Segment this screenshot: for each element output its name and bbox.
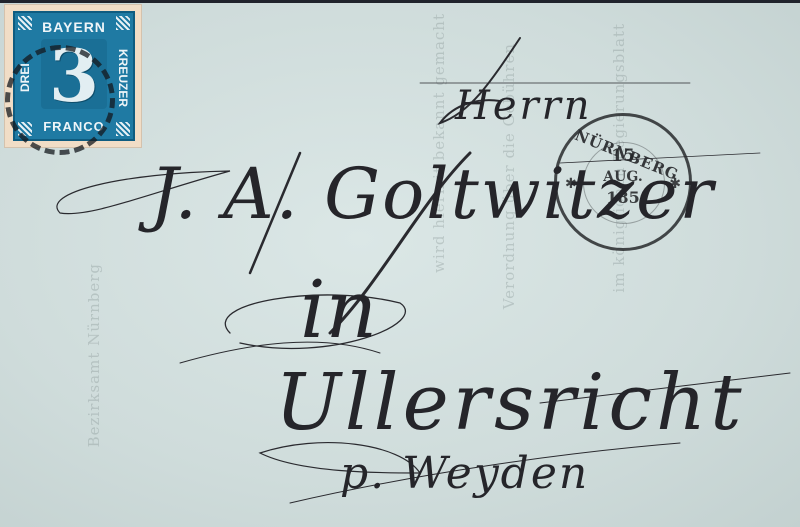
- preposition: in: [300, 263, 377, 356]
- salutation: Herrn: [455, 83, 593, 129]
- postal-cover: wird hiermit bekannt gemacht Verordnung …: [0, 3, 800, 527]
- routing-via: p. Weyden: [340, 448, 589, 499]
- recipient-name: J. A. Goltwitzer: [150, 153, 715, 235]
- destination-place: Ullersricht: [275, 358, 746, 448]
